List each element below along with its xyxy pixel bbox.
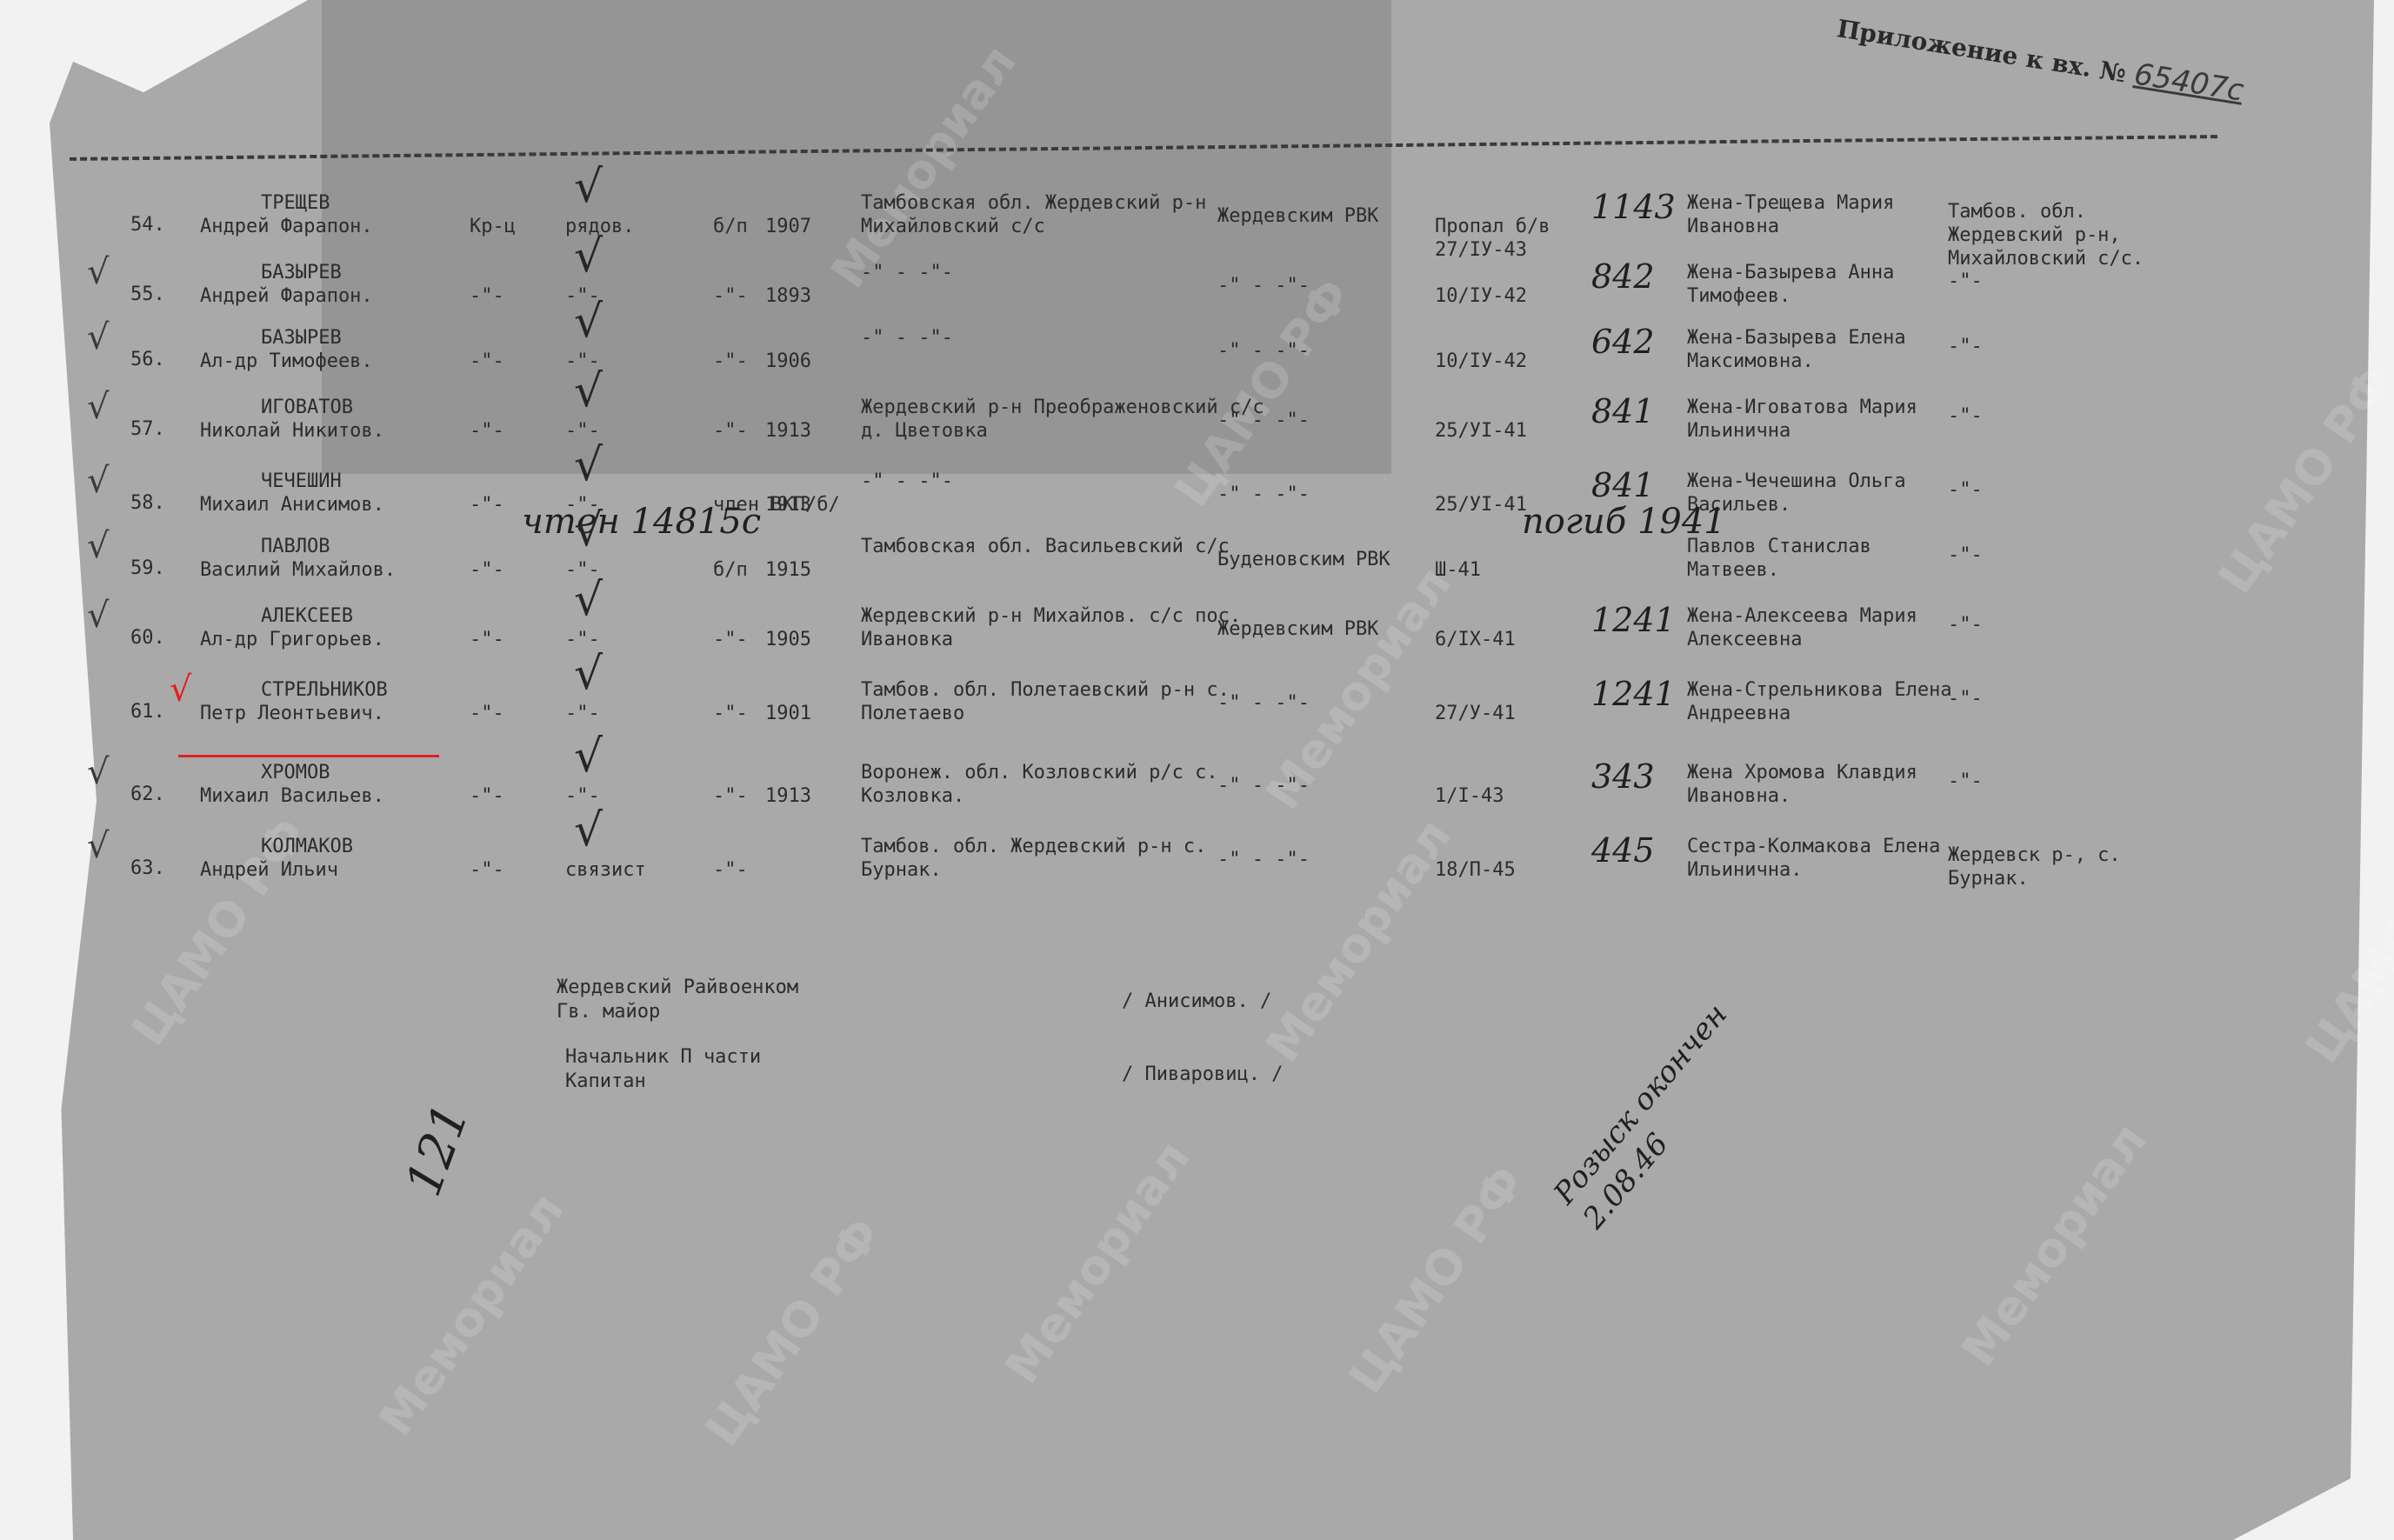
cell-party: -"-: [713, 419, 748, 443]
handwritten-number: 1143: [1591, 196, 1676, 219]
cell-num: 57.: [130, 417, 165, 441]
cell-address: -"-: [1948, 687, 2209, 710]
commissar-title: Жердевский Райвоенком Гв. майор: [557, 976, 798, 1024]
table-row: 63.КОЛМАКОВАндрей Ильич-"-связист-"-Тамб…: [0, 835, 2394, 904]
cell-name: Михаил Анисимов.: [200, 493, 384, 517]
cell-num: 62.: [130, 783, 165, 806]
handwritten-number: 1241: [1591, 683, 1676, 706]
cell-year: 1913: [765, 784, 811, 808]
handwritten-number: 842: [1591, 265, 1655, 289]
cell-birthplace: Тамбовская обл. Жердевский р-н Михайловс…: [861, 191, 1270, 238]
cell-rank: -"-: [470, 702, 504, 725]
cell-rank: -"-: [470, 350, 504, 373]
cell-address: -"-: [1948, 613, 2209, 637]
cell-relative: Жена-Базырева Анна Тимофеев.: [1687, 261, 1974, 308]
margin-checkmark-icon: √: [87, 396, 110, 419]
checkmark-icon: √: [574, 745, 603, 769]
table-row: 61.СТРЕЛЬНИКОВПетр Леонтьевич.-"--"--"-1…: [0, 678, 2394, 748]
table-row: 62.ХРОМОВМихаил Васильев.-"--"--"-1913Во…: [0, 761, 2394, 830]
cell-surname: ИГОВАТОВ: [261, 396, 353, 419]
margin-checkmark-icon: √: [87, 761, 110, 784]
cell-address: -"-: [1948, 478, 2209, 502]
handwritten-annotation: чтен 14815с: [522, 510, 761, 534]
checkmark-icon: √: [574, 310, 603, 334]
cell-conscripted: -" - -"-: [1217, 274, 1435, 297]
cell-name: Василий Михайлов.: [200, 558, 396, 582]
table-row: 59.ПАВЛОВВасилий Михайлов.-"--"-б/п1915Т…: [0, 535, 2394, 604]
margin-checkmark-icon: √: [87, 470, 110, 493]
table-row: 54.ТРЕЩЕВАндрей Фарапон.Кр-црядов.б/п190…: [0, 191, 2394, 261]
margin-checkmark-icon: √: [87, 261, 110, 284]
cell-birthplace: -" - -"-: [861, 261, 1270, 284]
cell-num: 60.: [130, 626, 165, 650]
chief-title: Начальник П части Капитан: [565, 1045, 761, 1094]
cell-num: 59.: [130, 557, 165, 580]
cell-conscripted: -" - -"-: [1217, 409, 1435, 432]
margin-checkmark-icon: √: [87, 835, 110, 858]
cell-fate: 6/IХ-41: [1435, 628, 1591, 651]
table-row: 56.БАЗЫРЕВАл-др Тимофеев.-"--"--"-1906-"…: [0, 326, 2394, 396]
cell-year: 1901: [765, 702, 811, 725]
commissar-name: / Анисимов. /: [1122, 990, 1271, 1014]
cell-fate: 25/УI-41: [1435, 419, 1591, 443]
checkmark-icon: √: [574, 380, 603, 403]
cell-address: -"-: [1948, 404, 2209, 428]
cell-rank: -"-: [470, 493, 504, 517]
cell-conscripted: Буденовским РВК: [1217, 548, 1435, 571]
cell-surname: ХРОМОВ: [261, 761, 330, 784]
chief-name: / Пиваровиц. /: [1122, 1063, 1283, 1087]
cell-year: 1905: [765, 628, 811, 651]
cell-year: 1913: [765, 493, 811, 517]
cell-conscripted: Жердевским РВК: [1217, 617, 1435, 641]
cell-fate: Пропал б/в 27/IУ-43: [1435, 215, 1591, 262]
cell-year: 1906: [765, 350, 811, 373]
cell-address: -"-: [1948, 270, 2209, 293]
cell-rank: -"-: [470, 558, 504, 582]
cell-name: Андрей Фарапон.: [200, 284, 373, 308]
cell-fate: Ш-41: [1435, 558, 1591, 582]
cell-birthplace: Тамбов. обл. Жердевский р-н с. Бурнак.: [861, 835, 1270, 882]
cell-year: 1907: [765, 215, 811, 238]
handwritten-number: 445: [1591, 839, 1655, 863]
cell-conscripted: -" - -"-: [1217, 339, 1435, 363]
margin-checkmark-icon: √: [170, 678, 192, 702]
handwritten-annotation: погиб 1941: [1522, 510, 1726, 534]
cell-num: 55.: [130, 283, 165, 306]
table-row: 60.АЛЕКСЕЕВАл-др Григорьев.-"--"--"-1905…: [0, 604, 2394, 674]
cell-relative: Жена-Иговатова Мария Ильинична: [1687, 396, 1974, 443]
cell-conscripted: Жердевским РВК: [1217, 204, 1435, 228]
cell-surname: КОЛМАКОВ: [261, 835, 353, 858]
checkmark-icon: √: [574, 663, 603, 686]
cell-birthplace: -" - -"-: [861, 470, 1270, 493]
cell-conscripted: -" - -"-: [1217, 774, 1435, 797]
red-underline-highlight: [178, 755, 439, 757]
cell-rank: -"-: [470, 284, 504, 308]
cell-surname: ЧЕЧЕШИН: [261, 470, 342, 493]
cell-party: -"-: [713, 784, 748, 808]
cell-party: б/п: [713, 215, 748, 238]
cell-surname: АЛЕКСЕЕВ: [261, 604, 353, 628]
cell-rank: Кр-ц: [470, 215, 516, 238]
cell-name: Петр Леонтьевич.: [200, 702, 384, 725]
cell-party: б/п: [713, 558, 748, 582]
cell-num: 56.: [130, 348, 165, 371]
cell-name: Андрей Фарапон.: [200, 215, 373, 238]
margin-checkmark-icon: √: [87, 535, 110, 558]
handwritten-number: 343: [1591, 765, 1655, 789]
checkmark-icon: √: [574, 589, 603, 612]
cell-fate: 1/I-43: [1435, 784, 1591, 808]
cell-conscripted: -" - -"-: [1217, 483, 1435, 506]
cell-rank: -"-: [470, 784, 504, 808]
cell-surname: ТРЕЩЕВ: [261, 191, 330, 215]
cell-conscripted: -" - -"-: [1217, 691, 1435, 715]
handwritten-number: 1241: [1591, 609, 1676, 632]
cell-birthplace: Воронеж. обл. Козловский р/с с. Козловка…: [861, 761, 1270, 808]
cell-party: -"-: [713, 702, 748, 725]
cell-relative: Жена-Трещева Мария Ивановна: [1687, 191, 1974, 238]
margin-checkmark-icon: √: [87, 604, 110, 628]
cell-year: 1915: [765, 558, 811, 582]
cell-position: -"-: [565, 702, 600, 725]
cell-birthplace: -" - -"-: [861, 326, 1270, 350]
cell-fate: 27/У-41: [1435, 702, 1591, 725]
cell-party: -"-: [713, 858, 748, 882]
cell-year: 1893: [765, 284, 811, 308]
cell-surname: БАЗЫРЕВ: [261, 261, 342, 284]
cell-birthplace: Жердевский р-н Преображеновский с/с д. Ц…: [861, 396, 1270, 443]
margin-checkmark-icon: √: [87, 326, 110, 350]
cell-relative: Жена-Стрельникова Елена Андреевна: [1687, 678, 1974, 725]
cell-position: связист: [565, 858, 646, 882]
cell-surname: ПАВЛОВ: [261, 535, 330, 558]
cell-fate: 18/П-45: [1435, 858, 1591, 882]
table-row: 55.БАЗЫРЕВАндрей Фарапон.-"--"--"-1893-"…: [0, 261, 2394, 330]
cell-name: Михаил Васильев.: [200, 784, 384, 808]
table-row: 58.ЧЕЧЕШИНМихаил Анисимов.-"--"-член ВКП…: [0, 470, 2394, 539]
cell-relative: Жена-Чечешина Ольга Васильев.: [1687, 470, 1974, 517]
cell-relative: Павлов Станислав Матвеев.: [1687, 535, 1974, 582]
checkmark-icon: √: [574, 245, 603, 269]
cell-relative: Жена-Базырева Елена Максимовна.: [1687, 326, 1974, 373]
cell-num: 63.: [130, 857, 165, 880]
checkmark-icon: √: [574, 519, 603, 543]
cell-birthplace: Жердевский р-н Михайлов. с/с пос. Иванов…: [861, 604, 1270, 651]
cell-relative: Сестра-Колмакова Елена Ильинична.: [1687, 835, 1974, 882]
cell-num: 61.: [130, 700, 165, 723]
cell-num: 54.: [130, 213, 165, 237]
checkmark-icon: √: [574, 454, 603, 477]
cell-relative: Жена Хромова Клавдия Ивановна.: [1687, 761, 1974, 808]
handwritten-number: 841: [1591, 400, 1655, 423]
cell-fate: 10/IУ-42: [1435, 284, 1591, 308]
handwritten-number: 642: [1591, 330, 1655, 354]
cell-birthplace: Тамбов. обл. Полетаевский р-н с. Полетае…: [861, 678, 1270, 725]
cell-address: -"-: [1948, 770, 2209, 793]
cell-name: Ал-др Григорьев.: [200, 628, 384, 651]
cell-address: Жердевск р-, с. Бурнак.: [1948, 843, 2209, 890]
cell-name: Андрей Ильич: [200, 858, 338, 882]
cell-birthplace: Тамбовская обл. Васильевский с/с: [861, 535, 1270, 558]
checkmark-icon: √: [574, 819, 603, 843]
cell-rank: -"-: [470, 628, 504, 651]
checkmark-icon: √: [574, 176, 603, 199]
cell-surname: СТРЕЛЬНИКОВ: [261, 678, 388, 702]
cell-year: 1913: [765, 419, 811, 443]
cell-party: -"-: [713, 284, 748, 308]
cell-num: 58.: [130, 491, 165, 515]
cell-name: Николай Никитов.: [200, 419, 384, 443]
cell-conscripted: -" - -"-: [1217, 848, 1435, 871]
cell-party: -"-: [713, 628, 748, 651]
cell-rank: -"-: [470, 858, 504, 882]
cell-name: Ал-др Тимофеев.: [200, 350, 373, 373]
handwritten-number: 841: [1591, 474, 1655, 497]
cell-rank: -"-: [470, 419, 504, 443]
cell-surname: БАЗЫРЕВ: [261, 326, 342, 350]
cell-party: -"-: [713, 350, 748, 373]
cell-fate: 10/IУ-42: [1435, 350, 1591, 373]
cell-address: -"-: [1948, 543, 2209, 567]
cell-address: -"-: [1948, 335, 2209, 358]
cell-address: Тамбов. обл. Жердевский р-н, Михайловски…: [1948, 200, 2209, 270]
cell-relative: Жена-Алексеева Мария Алексеевна: [1687, 604, 1974, 651]
table-row: 57.ИГОВАТОВНиколай Никитов.-"--"--"-1913…: [0, 396, 2394, 465]
